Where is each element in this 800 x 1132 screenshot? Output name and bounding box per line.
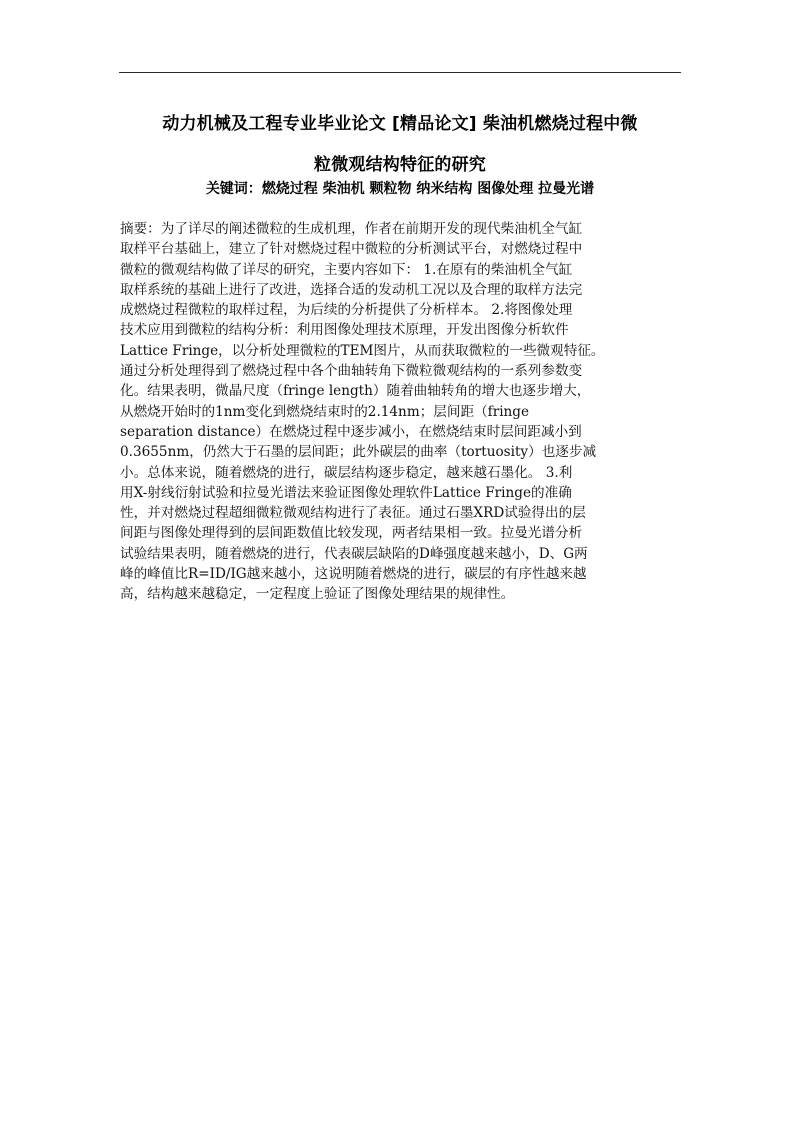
abstract-line: 取样平台基础上，建立了针对燃烧过程中微粒的分析测试平台，对燃烧过程中	[120, 239, 685, 259]
abstract-line: 从燃烧开始时的1nm变化到燃烧结束时的2.14nm；层间距（fringe	[120, 402, 685, 422]
abstract-line: 峰的峰值比R=ID/IG越来越小，这说明随着燃烧的进行，碳层的有序性越来越	[120, 564, 685, 584]
title-line-1: 动力机械及工程专业毕业论文 [精品论文] 柴油机燃烧过程中微	[110, 104, 690, 145]
abstract-line: 成燃烧过程微粒的取样过程，为后续的分析提供了分析样本。 2.将图像处理	[120, 300, 685, 320]
document-title: 动力机械及工程专业毕业论文 [精品论文] 柴油机燃烧过程中微 粒微观结构特征的研…	[110, 104, 690, 186]
abstract-line: 化。结果表明，微晶尺度（fringe length）随着曲轴转角的增大也逐步增大…	[120, 381, 685, 401]
abstract-line: 通过分析处理得到了燃烧过程中各个曲轴转角下微粒微观结构的一系列参数变	[120, 361, 685, 381]
keywords-list: 燃烧过程 柴油机 颗粒物 纳米结构 图像处理 拉曼光谱	[262, 181, 594, 197]
document-page: 动力机械及工程专业毕业论文 [精品论文] 柴油机燃烧过程中微 粒微观结构特征的研…	[0, 0, 800, 1132]
abstract-line: 小。总体来说，随着燃烧的进行，碳层结构逐步稳定，越来越石墨化。 3.利	[120, 463, 685, 483]
abstract-line: 用X-射线衍射试验和拉曼光谱法来验证图像处理软件Lattice Fringe的准…	[120, 483, 685, 503]
abstract-line: 技术应用到微粒的结构分析：利用图像处理技术原理，开发出图像分析软件	[120, 320, 685, 340]
keywords: 关键词：燃烧过程 柴油机 颗粒物 纳米结构 图像处理 拉曼光谱	[110, 179, 690, 199]
abstract-line: 0.3655nm，仍然大于石墨的层间距；此外碳层的曲率（tortuosity）也…	[120, 442, 685, 462]
abstract-line: 试验结果表明，随着燃烧的进行，代表碳层缺陷的D峰强度越来越小，D、G两	[120, 544, 685, 564]
abstract-line: 高，结构越来越稳定，一定程度上验证了图像处理结果的规律性。	[120, 584, 685, 604]
abstract-line: 微粒的微观结构做了详尽的研究，主要内容如下： 1.在原有的柴油机全气缸	[120, 260, 685, 280]
abstract-line: 间距与图像处理得到的层间距数值比较发现，两者结果相一致。拉曼光谱分析	[120, 523, 685, 543]
abstract-line: 摘要：为了详尽的阐述微粒的生成机理，作者在前期开发的现代柴油机全气缸	[120, 219, 685, 239]
header-rule	[119, 72, 681, 73]
abstract-line: Lattice Fringe，以分析处理微粒的TEM图片，从而获取微粒的一些微观…	[120, 341, 685, 361]
abstract-line: 取样系统的基础上进行了改进，选择合适的发动机工况以及合理的取样方法完	[120, 280, 685, 300]
abstract-line: separation distance）在燃烧过程中逐步减小，在燃烧结束时层间距…	[120, 422, 685, 442]
keywords-label: 关键词：	[206, 181, 262, 197]
abstract: 摘要：为了详尽的阐述微粒的生成机理，作者在前期开发的现代柴油机全气缸 取样平台基…	[120, 219, 685, 605]
abstract-line: 性，并对燃烧过程超细微粒微观结构进行了表征。通过石墨XRD试验得出的层	[120, 503, 685, 523]
